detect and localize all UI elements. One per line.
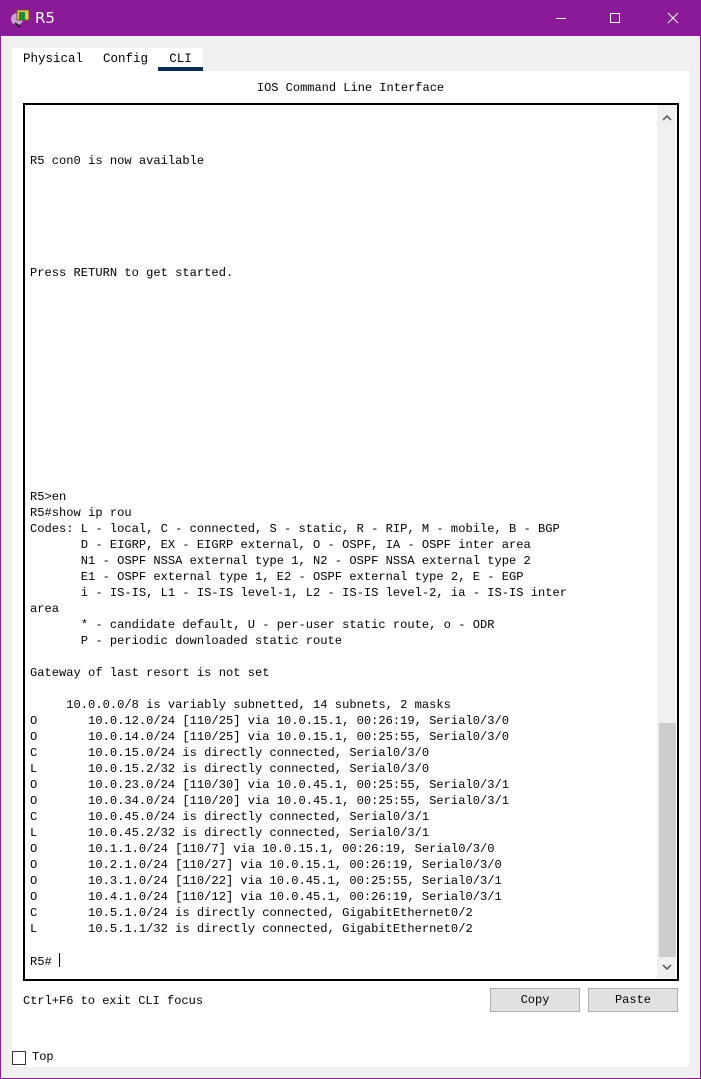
top-checkbox[interactable] xyxy=(12,1051,26,1065)
copy-button[interactable]: Copy xyxy=(490,988,580,1012)
chevron-up-icon xyxy=(662,114,672,121)
close-button[interactable] xyxy=(650,0,696,36)
paste-button[interactable]: Paste xyxy=(588,988,678,1012)
cli-heading: IOS Command Line Interface xyxy=(0,81,701,95)
tab-bar: Physical Config CLI xyxy=(12,48,203,71)
top-checkbox-label: Top xyxy=(32,1050,54,1064)
cli-terminal[interactable]: R5 con0 is now available Press RETURN to… xyxy=(23,103,679,981)
command-prompt: R5# xyxy=(30,955,59,969)
chevron-down-icon xyxy=(662,964,672,971)
maximize-button[interactable] xyxy=(592,0,638,36)
terminal-output[interactable]: R5 con0 is now available Press RETURN to… xyxy=(30,105,652,979)
exit-cli-hint: Ctrl+F6 to exit CLI focus xyxy=(23,994,203,1008)
text-cursor xyxy=(59,953,60,967)
terminal-scrollbar[interactable] xyxy=(657,105,676,979)
terminal-lines: R5 con0 is now available Press RETURN to… xyxy=(30,154,567,936)
minimize-button[interactable] xyxy=(538,0,584,36)
scroll-down-button[interactable] xyxy=(657,957,676,977)
window-title: R5 xyxy=(35,9,55,27)
tab-cli[interactable]: CLI xyxy=(158,52,203,66)
close-icon xyxy=(667,12,679,24)
scroll-thumb[interactable] xyxy=(659,723,676,957)
tab-physical[interactable]: Physical xyxy=(23,52,83,66)
scroll-up-button[interactable] xyxy=(657,107,676,127)
maximize-icon xyxy=(609,12,621,24)
tab-config[interactable]: Config xyxy=(103,52,148,66)
router-app-icon xyxy=(10,8,32,28)
title-bar[interactable]: R5 xyxy=(0,0,701,36)
minimize-icon xyxy=(555,12,567,24)
